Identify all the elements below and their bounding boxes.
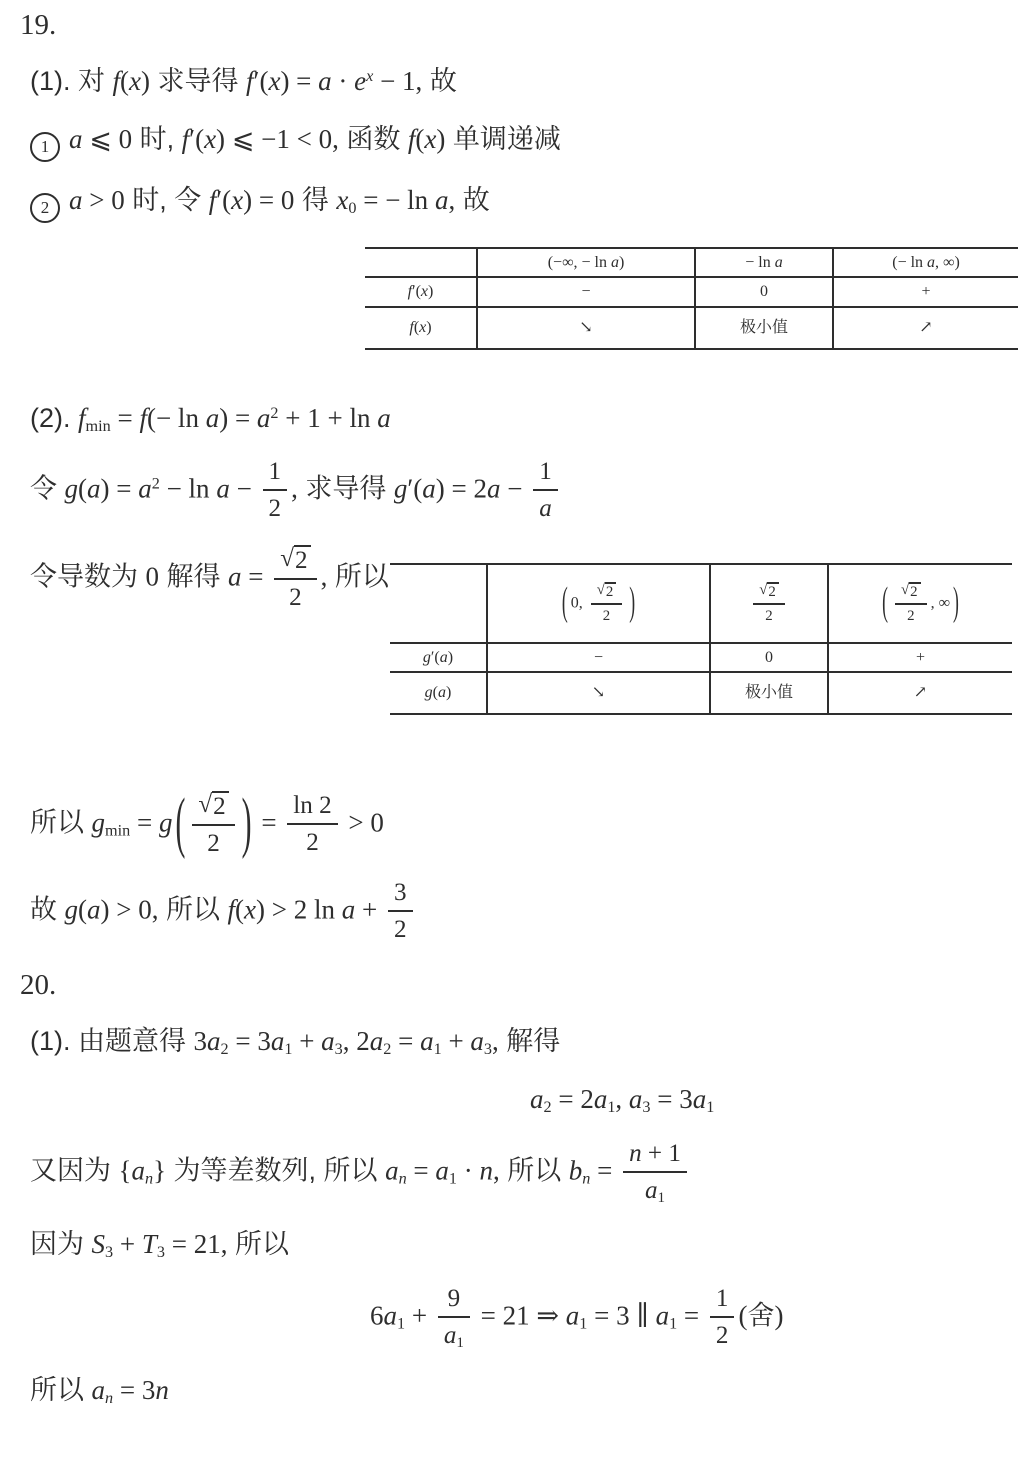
math-symbols: = xyxy=(391,1026,420,1056)
math-symbols: − xyxy=(594,649,603,666)
math-variable: a xyxy=(271,1026,285,1056)
square-root: √2 xyxy=(198,791,228,822)
math-variable: a xyxy=(138,474,152,504)
fraction: √22 xyxy=(274,543,316,613)
math-variable: a xyxy=(438,684,446,701)
math-symbols: = 21 ⇒ xyxy=(474,1300,566,1330)
table-row: f′(x)−0+ xyxy=(365,277,1018,307)
math-variable: x xyxy=(421,283,428,300)
fraction-numerator: 3 xyxy=(388,877,413,912)
math-variable: a xyxy=(440,649,448,666)
math-variable: a xyxy=(693,1084,707,1114)
fraction-numerator: 1 xyxy=(710,1283,735,1318)
table-header-cell: (− ln a, ∞) xyxy=(833,248,1018,278)
math-symbols: ↗ xyxy=(914,684,927,701)
fraction-numerator: √2 xyxy=(274,543,316,580)
math-symbols: 2 xyxy=(306,829,319,856)
square-root: √2 xyxy=(280,545,310,576)
table-cell: − xyxy=(477,277,695,307)
math-symbols: ) = xyxy=(219,403,257,433)
text-run: 所以 xyxy=(500,1155,569,1185)
math-symbols: } xyxy=(153,1155,166,1185)
table-header-cell xyxy=(365,248,477,278)
fraction-numerator: n + 1 xyxy=(623,1138,687,1173)
text-run: 令 xyxy=(30,474,65,504)
math-symbols: ↘ xyxy=(592,684,605,701)
math-symbols: ′( xyxy=(216,185,231,215)
math-symbols: = 3 xyxy=(229,1026,271,1056)
math-symbols: ( xyxy=(78,895,87,925)
table-wrapper: (−∞, − ln a)− ln a(− ln a, ∞)f′(x)−0+f(x… xyxy=(20,247,1018,350)
fraction-numerator: 1 xyxy=(263,456,288,491)
circled-number: 1 xyxy=(30,132,60,162)
text-run: 故 xyxy=(30,895,65,925)
math-symbols: = xyxy=(242,561,271,591)
text-run: 函数 xyxy=(339,124,408,154)
table-cell: ↗ xyxy=(828,672,1012,714)
math-symbols: + xyxy=(405,1300,434,1330)
math-variable: a xyxy=(69,185,83,215)
math-symbols: , xyxy=(291,474,298,504)
fraction: √22 xyxy=(591,581,623,626)
math-symbols: = xyxy=(255,807,284,837)
math-symbols: 1 xyxy=(269,458,282,485)
text-run: 解得 xyxy=(499,1026,561,1056)
big-paren: ( xyxy=(562,576,568,631)
math-symbols: − ln xyxy=(745,254,774,271)
math-symbols: + xyxy=(916,649,925,666)
math-symbols: = 3 xyxy=(113,1375,155,1405)
math-solution-document: 19.(1). 对 f(x) 求导得 f′(x) = a · ex − 1, 故… xyxy=(0,0,1034,1470)
math-variable: a xyxy=(645,1177,658,1204)
line-20-1-answer: 所以 an = 3n xyxy=(30,1370,1018,1411)
math-symbols: + xyxy=(442,1026,471,1056)
table-wrapper: (0, √22)√22(√22, ∞)g′(a)−0+g(a)↘极小值↗ xyxy=(390,563,1012,715)
line-20-1-sum: 因为 S3 + T3 = 21, 所以 xyxy=(30,1224,1018,1265)
radical-sign: √ xyxy=(759,582,767,599)
fraction: 12 xyxy=(710,1283,735,1352)
math-symbols: = xyxy=(407,1155,436,1185)
math-variable: a xyxy=(656,1300,670,1330)
math-symbols: 2 xyxy=(394,916,407,943)
table-header-cell xyxy=(390,564,487,643)
math-symbols: , xyxy=(492,1026,499,1056)
math-variable: x xyxy=(129,66,141,96)
text-run: 极小值 xyxy=(740,319,788,336)
math-symbols: ) xyxy=(141,66,150,96)
math-variable: a xyxy=(444,1322,457,1349)
math-symbols: = xyxy=(590,1155,619,1185)
line-19-2-gmin: 所以 gmin = g(√22) = ln 22 > 0 xyxy=(30,789,1018,859)
math-symbols: ) xyxy=(774,1300,783,1330)
math-variable: n xyxy=(479,1155,493,1185)
fraction: n + 1a1 xyxy=(623,1138,687,1207)
math-variable: a xyxy=(927,254,935,271)
big-paren: ( xyxy=(175,773,185,875)
math-symbols: { xyxy=(119,1155,132,1185)
table-cell: 0 xyxy=(710,643,828,673)
table-cell: ↘ xyxy=(487,672,710,714)
math-variable: x xyxy=(336,185,348,215)
math-variable: a xyxy=(131,1155,145,1185)
math-variable: f xyxy=(246,66,254,96)
table-cell: 极小值 xyxy=(695,307,833,349)
math-variable: a xyxy=(566,1300,580,1330)
table-row: g′(a)−0+ xyxy=(390,643,1012,673)
subscript: 2 xyxy=(221,1040,229,1058)
math-symbols: , xyxy=(493,1155,500,1185)
table-row: f(x)↘极小值↗ xyxy=(365,307,1018,349)
text-run: 故 xyxy=(422,66,457,96)
math-variable: g xyxy=(65,895,79,925)
table-cell: + xyxy=(828,643,1012,673)
math-symbols: · xyxy=(457,1155,480,1185)
math-variable: a xyxy=(384,1300,398,1330)
fraction: 1a xyxy=(533,456,558,525)
subscript: n xyxy=(399,1169,407,1187)
math-variable: g xyxy=(423,649,431,666)
text-run: 令导数为 xyxy=(30,561,146,591)
line-19-2-conclusion: 故 g(a) > 0, 所以 f(x) > 2 ln a + 32 xyxy=(30,877,1018,946)
math-variable: x xyxy=(424,124,436,154)
table-cell: ↘ xyxy=(477,307,695,349)
math-variable: a xyxy=(321,1026,335,1056)
subscript: 2 xyxy=(544,1098,552,1116)
math-symbols: 2 xyxy=(269,495,282,522)
math-symbols: (− ln xyxy=(892,254,927,271)
math-symbols: + xyxy=(113,1229,142,1259)
line-20-1-arith: 又因为 {an} 为等差数列, 所以 an = a1 · n, 所以 bn = … xyxy=(30,1138,1018,1207)
math-variable: a xyxy=(611,254,619,271)
math-variable: g xyxy=(159,807,173,837)
math-variable: a xyxy=(370,1026,384,1056)
math-symbols: − xyxy=(501,474,530,504)
math-variable: f xyxy=(228,895,236,925)
fraction-denominator: 2 xyxy=(895,605,927,626)
superscript: 2 xyxy=(270,404,278,422)
math-symbols: ′( xyxy=(431,649,440,666)
text-run: 单调递减 xyxy=(445,124,561,154)
math-symbols: ′( xyxy=(412,283,421,300)
math-symbols: , 2 xyxy=(343,1026,370,1056)
text-run: 解得 xyxy=(159,561,228,591)
math-variable: g xyxy=(394,474,408,504)
fraction-denominator: 2 xyxy=(287,825,337,858)
math-symbols: ) xyxy=(426,319,431,336)
text-run: 所以 xyxy=(227,1229,289,1259)
math-variable: n xyxy=(155,1375,169,1405)
math-symbols: + xyxy=(921,283,930,300)
superscript: 2 xyxy=(152,475,160,493)
radical-sign: √ xyxy=(198,791,212,820)
fraction: ln 22 xyxy=(287,790,337,859)
math-variable: a xyxy=(87,474,101,504)
math-variable: n xyxy=(629,1140,642,1167)
math-symbols: > 0 xyxy=(83,185,125,215)
fraction-denominator: a1 xyxy=(438,1318,470,1351)
math-symbols: + xyxy=(355,895,384,925)
math-symbols: 1 xyxy=(539,458,552,485)
math-symbols: ↘ xyxy=(579,319,592,336)
radicand: 2 xyxy=(212,791,229,822)
subscript: 1 xyxy=(397,1314,405,1332)
math-symbols: = xyxy=(130,807,159,837)
subscript: 1 xyxy=(706,1098,714,1116)
math-symbols: 2 xyxy=(207,830,220,857)
math-symbols: 0 xyxy=(760,283,768,300)
math-symbols: 0 xyxy=(765,649,773,666)
text-run: 得 xyxy=(294,185,336,215)
fraction-numerator: √2 xyxy=(753,581,785,605)
math-symbols: ) xyxy=(619,254,624,271)
math-symbols: + 1 + ln xyxy=(279,403,378,433)
table-header-cell: √22 xyxy=(710,564,828,643)
math-symbols: ) xyxy=(448,649,453,666)
math-symbols: ) ⩽ −1 < 0, xyxy=(216,124,339,154)
line-19-2-solve-and-table: 令导数为 0 解得 a = √22, 所以(0, √22)√22(√22, ∞)… xyxy=(20,543,1018,771)
math-variable: e xyxy=(354,66,366,96)
line-20-1-intro: (1). 由题意得 3a2 = 3a1 + a3, 2a2 = a1 + a3,… xyxy=(30,1021,1018,1062)
math-symbols: − xyxy=(230,474,259,504)
math-variable: x xyxy=(204,124,216,154)
math-variable: a xyxy=(216,474,230,504)
radicand: 2 xyxy=(909,582,920,601)
fraction-denominator: 2 xyxy=(710,1318,735,1351)
math-symbols: 3 xyxy=(194,1026,208,1056)
fraction-denominator: 2 xyxy=(274,580,316,613)
text-run: (1). 由题意得 xyxy=(30,1026,194,1056)
math-variable: a xyxy=(629,1084,643,1114)
math-variable: a xyxy=(487,474,501,504)
math-symbols: − 1, xyxy=(373,66,422,96)
text-run: 故 xyxy=(455,185,490,215)
big-paren: ) xyxy=(953,576,959,631)
fraction-numerator: ln 2 xyxy=(287,790,337,825)
table-row-label: f(x) xyxy=(365,307,477,349)
math-symbols: ) = 2 xyxy=(436,474,487,504)
text-run: 又因为 xyxy=(30,1155,119,1185)
math-symbols: = 3 ∥ xyxy=(587,1300,655,1330)
radicand: 2 xyxy=(605,582,616,601)
radical-sign: √ xyxy=(597,582,605,599)
math-variable: a xyxy=(539,495,552,522)
math-variable: a xyxy=(435,1155,449,1185)
monotonicity-table-g: (0, √22)√22(√22, ∞)g′(a)−0+g(a)↘极小值↗ xyxy=(390,563,1012,715)
subscript: n xyxy=(145,1169,153,1187)
math-variable: a xyxy=(207,1026,221,1056)
subscript: min xyxy=(86,417,111,435)
table-cell: − xyxy=(487,643,710,673)
text-run: 极小值 xyxy=(745,684,793,701)
math-variable: T xyxy=(142,1229,157,1259)
fraction-numerator: 9 xyxy=(438,1283,470,1318)
fraction-numerator: √2 xyxy=(192,789,234,826)
math-symbols: ( xyxy=(235,895,244,925)
radical-sign: √ xyxy=(901,582,909,599)
math-symbols: 0 xyxy=(146,561,160,591)
table-header-cell: (−∞, − ln a) xyxy=(477,248,695,278)
text-run: 时, xyxy=(132,124,182,154)
table-row-label: g′(a) xyxy=(390,643,487,673)
text-run: 所以 xyxy=(158,895,227,925)
subscript: 3 xyxy=(484,1040,492,1058)
table-cell: 0 xyxy=(695,277,833,307)
math-variable: a xyxy=(470,1026,484,1056)
subscript: 1 xyxy=(456,1335,464,1351)
fraction: √22 xyxy=(192,789,234,859)
math-symbols: 0, xyxy=(571,594,587,611)
fraction-denominator: a xyxy=(533,491,558,524)
math-symbols: = − ln xyxy=(356,185,434,215)
math-symbols: ) > 2 ln xyxy=(256,895,342,925)
text-run: 求导得 xyxy=(150,66,246,96)
math-symbols: ↗ xyxy=(919,319,932,336)
math-symbols: − xyxy=(581,283,590,300)
math-variable: a xyxy=(342,895,356,925)
math-symbols: 2 xyxy=(289,584,302,611)
table-cell: 极小值 xyxy=(710,672,828,714)
math-symbols: + 1 xyxy=(642,1140,681,1167)
math-variable: g xyxy=(92,807,106,837)
math-symbols: ( xyxy=(78,474,87,504)
subscript: 3 xyxy=(335,1040,343,1058)
math-symbols: 2 xyxy=(603,608,610,624)
math-symbols: ) xyxy=(428,283,433,300)
math-variable: a xyxy=(775,254,783,271)
math-variable: x xyxy=(268,66,280,96)
math-variable: a xyxy=(69,124,83,154)
fraction-denominator: 2 xyxy=(753,605,785,626)
math-variable: a xyxy=(420,1026,434,1056)
math-variable: x xyxy=(244,895,256,925)
fraction-denominator: 2 xyxy=(192,826,234,859)
subscript: n xyxy=(105,1389,113,1407)
math-variable: a xyxy=(228,561,242,591)
math-symbols: ) = xyxy=(101,474,139,504)
text-run: (1). 对 xyxy=(30,66,113,96)
subscript: 3 xyxy=(157,1243,165,1261)
math-symbols: + xyxy=(292,1026,321,1056)
equation-a2-a3: a2 = 2a1, a3 = 3a1 xyxy=(30,1079,1018,1120)
text-run: 因为 xyxy=(30,1229,92,1259)
subscript: 3 xyxy=(105,1243,113,1261)
text-run: 所以 xyxy=(327,561,389,591)
square-root: √2 xyxy=(759,582,779,601)
line-19-2-g: 令 g(a) = a2 − ln a − 12, 求导得 g′(a) = 2a … xyxy=(30,456,1018,525)
table-row: g(a)↘极小值↗ xyxy=(390,672,1012,714)
math-symbols: = 3 xyxy=(651,1084,693,1114)
fraction-denominator: 2 xyxy=(263,491,288,524)
math-variable: a xyxy=(206,403,220,433)
fraction-denominator: a1 xyxy=(623,1173,687,1206)
circled-number: 2 xyxy=(30,193,60,223)
math-symbols: = xyxy=(111,403,140,433)
math-symbols: = 21, xyxy=(165,1229,227,1259)
math-symbols: ′( xyxy=(254,66,269,96)
table-header-cell: (√22, ∞) xyxy=(828,564,1012,643)
fraction-numerator: 1 xyxy=(533,456,558,491)
table-row-label: f′(x) xyxy=(365,277,477,307)
math-symbols: (− ln xyxy=(147,403,206,433)
fraction-numerator: √2 xyxy=(591,581,623,605)
math-variable: a xyxy=(87,895,101,925)
math-variable: a xyxy=(385,1155,399,1185)
text-run: 为等差数列, 所以 xyxy=(166,1155,385,1185)
big-paren: ) xyxy=(629,576,635,631)
math-variable: a xyxy=(530,1084,544,1114)
math-symbols: ′( xyxy=(189,124,204,154)
fraction: √22 xyxy=(753,581,785,626)
subscript: 1 xyxy=(449,1169,457,1187)
square-root: √2 xyxy=(901,582,921,601)
math-symbols: = 2 xyxy=(552,1084,594,1114)
math-symbols: ( xyxy=(120,66,129,96)
math-variable: a xyxy=(435,185,449,215)
text-run: 所以 xyxy=(30,807,92,837)
math-symbols: , xyxy=(615,1084,629,1114)
math-variable: b xyxy=(569,1155,583,1185)
subscript: 3 xyxy=(642,1098,650,1116)
problem-20-number: 20. xyxy=(20,968,1018,1003)
math-variable: f xyxy=(113,66,121,96)
math-variable: a xyxy=(92,1375,106,1405)
math-symbols: 1 xyxy=(716,1285,729,1312)
line-19-1-case1: 1a ⩽ 0 时, f′(x) ⩽ −1 < 0, 函数 f(x) 单调递减 xyxy=(30,119,1018,162)
math-variable: a xyxy=(594,1084,608,1114)
table-header-cell: − ln a xyxy=(695,248,833,278)
radicand: 2 xyxy=(294,545,311,576)
text-run: (2). xyxy=(30,403,78,433)
subscript: min xyxy=(105,821,130,839)
math-symbols: = xyxy=(677,1300,706,1330)
math-symbols: , ∞) xyxy=(935,254,960,271)
fraction: √22 xyxy=(895,581,927,626)
math-variable: g xyxy=(425,684,433,701)
big-paren: ( xyxy=(882,576,888,631)
math-symbols: ) xyxy=(446,684,451,701)
subscript: 1 xyxy=(669,1314,677,1332)
math-symbols: 2 xyxy=(907,608,914,624)
math-symbols: · xyxy=(332,66,355,96)
math-symbols: 9 xyxy=(448,1285,461,1312)
big-paren: ) xyxy=(242,773,252,875)
math-symbols: ) > 0, xyxy=(101,895,159,925)
math-variable: a xyxy=(257,403,271,433)
fraction: 12 xyxy=(263,456,288,525)
table-cell: + xyxy=(833,277,1018,307)
fraction: 9a1 xyxy=(438,1283,470,1352)
subscript: 1 xyxy=(658,1190,666,1206)
math-symbols: ) = xyxy=(280,66,318,96)
math-symbols: ) = 0 xyxy=(243,185,294,215)
line-19-1-intro: (1). 对 f(x) 求导得 f′(x) = a · ex − 1, 故 xyxy=(30,61,1018,102)
math-symbols: > 0 xyxy=(342,807,384,837)
math-symbols: 6 xyxy=(370,1300,384,1330)
text-run: 求导得 xyxy=(298,474,394,504)
math-variable: f xyxy=(139,403,147,433)
math-variable: a xyxy=(377,403,391,433)
table-row-label: g(a) xyxy=(390,672,487,714)
math-variable: a xyxy=(318,66,332,96)
table-cell: ↗ xyxy=(833,307,1018,349)
problem-19-number: 19. xyxy=(20,8,1018,43)
math-symbols: ′( xyxy=(407,474,422,504)
line-19-2-fmin: (2). fmin = f(− ln a) = a2 + 1 + ln a xyxy=(30,398,1018,439)
table-row: (0, √22)√22(√22, ∞) xyxy=(390,564,1012,643)
fraction: 32 xyxy=(388,877,413,946)
text-run: 时, 令 xyxy=(125,185,209,215)
fraction-denominator: 2 xyxy=(591,605,623,626)
